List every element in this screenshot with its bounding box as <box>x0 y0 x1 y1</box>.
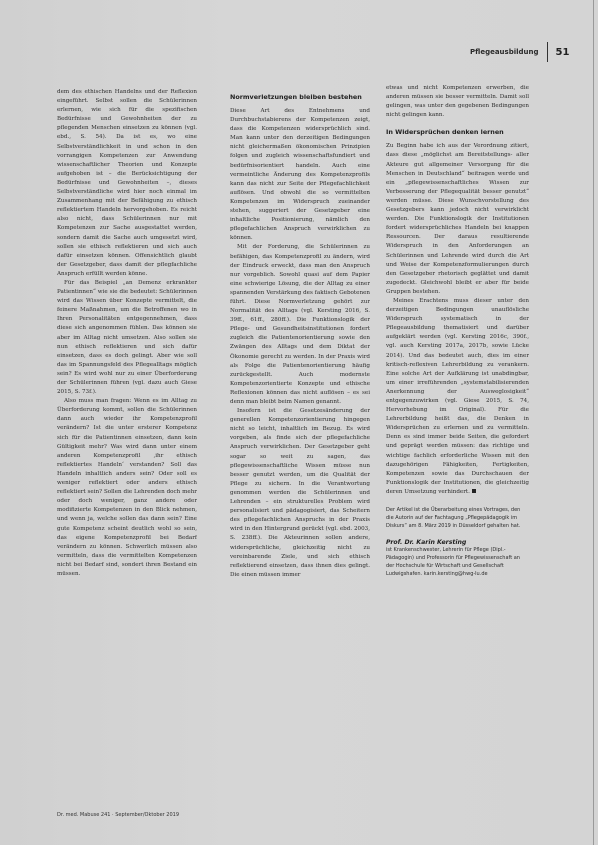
header-divider <box>547 42 548 62</box>
column-middle: Normverletzungen bleiben bestehen Diese … <box>230 93 370 808</box>
column-right: etwas und nicht Kompetenzen erwerben, di… <box>386 84 529 824</box>
paragraph: Diese Art des Entnehmens und Durchbuchst… <box>230 107 370 243</box>
paragraph: Mit der Forderung, die Schülerinnen zu b… <box>230 243 370 407</box>
section-heading: Normverletzungen bleiben bestehen <box>230 93 370 102</box>
author-bio: ist Krankenschwester, Lehrerin für Pfleg… <box>386 547 529 578</box>
paragraph: Also muss man fragen: Wenn es im Alltag … <box>57 397 197 579</box>
page-number: 51 <box>556 47 570 58</box>
paragraph: Insofern ist die Gesetzesänderung der ge… <box>230 407 370 580</box>
end-of-article-mark <box>472 489 476 493</box>
running-head: Pflegeausbildung <box>470 48 539 56</box>
author-name: Prof. Dr. Karin Kersting <box>386 539 529 547</box>
page-edge <box>593 0 594 845</box>
paragraph-final: Meines Erachtens muss dieser unter den d… <box>386 297 529 497</box>
section-heading: In Widersprüchen denken lernen <box>386 128 529 137</box>
article-note: Der Artikel ist die Überarbeitung eines … <box>386 507 529 530</box>
paragraph: Für das Beispiel „an Demenz erkrankter P… <box>57 279 197 397</box>
paragraph: Zu Beginn habe ich aus der Verordnung zi… <box>386 142 529 297</box>
page-footer: Dr. med. Mabuse 241 · September/Oktober … <box>57 812 179 818</box>
paragraph: etwas und nicht Kompetenzen erwerben, di… <box>386 84 529 120</box>
page-header: Pflegeausbildung 51 <box>470 40 580 64</box>
magazine-page: Pflegeausbildung 51 dem des ethischen Ha… <box>0 0 598 845</box>
paragraph-text: Meines Erachtens muss dieser unter den d… <box>386 298 529 495</box>
paragraph: dem des ethischen Handelns und der Refle… <box>57 88 197 279</box>
column-left: dem des ethischen Handelns und der Refle… <box>57 88 197 808</box>
